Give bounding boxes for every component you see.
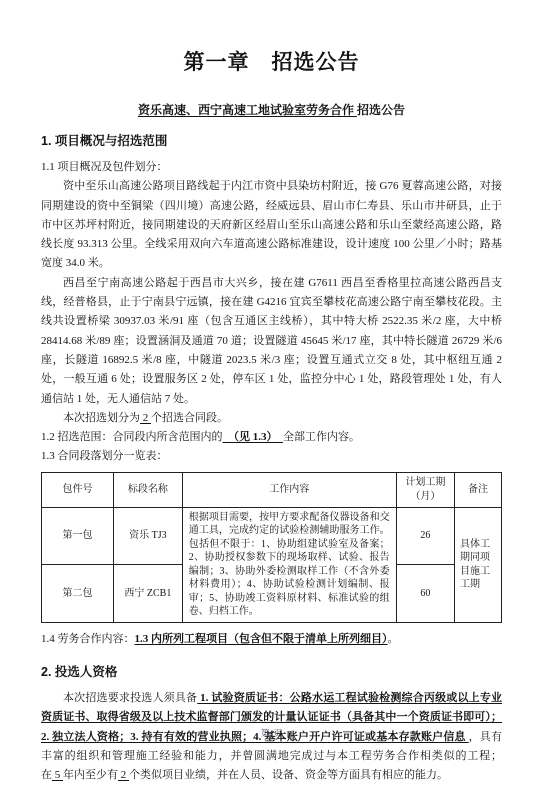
page-number: 第1页 <box>0 727 543 739</box>
clause-1-3-label: 1.3 合同段落划分一览表： <box>41 447 502 466</box>
package-1-section: 资乐 TJ3 <box>113 507 182 565</box>
document-subtitle: 资乐高速、西宁高速工地试验室劳务合作 招选公告 <box>41 101 502 118</box>
document-page: 第一章 招选公告 资乐高速、西宁高速工地试验室劳务合作 招选公告 1. 项目概况… <box>0 0 543 763</box>
qualification-projects-value: 2 <box>118 769 129 781</box>
paragraph-ziyue-overview: 资中至乐山高速公路项目路线起于内江市资中县染坊村附近，接 G76 夏蓉高速公路，… <box>41 177 502 273</box>
clause-1-2-prefix: 1.2 招选范围：合同段内所含范围内的 <box>41 431 223 443</box>
clause-1-4-scope: 1.3 内所列工程项目（包含但不限于清单上所列细目） <box>135 633 388 645</box>
table-row: 第一包 资乐 TJ3 根据项目需要，按甲方要求配备仪器设备和交通工具，完成约定的… <box>42 507 502 565</box>
column-header-work: 工作内容 <box>182 472 396 507</box>
package-2-section: 西宁 ZCB1 <box>113 565 182 623</box>
package-2-duration: 60 <box>396 565 454 623</box>
contract-count-value: 2 <box>140 412 151 424</box>
subtitle-underlined-text: 资乐高速、西宁高速工地试验室劳务合作 <box>138 103 357 117</box>
chapter-title: 第一章 招选公告 <box>41 46 502 76</box>
clause-1-4: 1.4 劳务合作内容：1.3 内所列工程项目（包含但不限于清单上所列细目）。 <box>41 630 502 649</box>
contract-count-suffix: 个招选合同段。 <box>151 412 228 424</box>
package-2-name: 第二包 <box>42 565 114 623</box>
contract-count-prefix: 本次招选划分为 <box>63 412 140 424</box>
remark-cell: 具体工期同项目施工工期 <box>455 507 502 622</box>
clause-1-1-label: 1.1 项目概况及包件划分： <box>41 158 502 177</box>
qualification-prefix: 本次招选要求投选人须具备 <box>63 692 197 704</box>
section-1-heading: 1. 项目概况与招选范围 <box>41 131 502 149</box>
qualification-years-value: 5 <box>52 769 63 781</box>
column-header-remark: 备注 <box>455 472 502 507</box>
clause-1-2-reference: （见 1.3） <box>223 431 284 443</box>
column-header-package: 包件号 <box>42 472 114 507</box>
section-2-heading: 2. 投选人资格 <box>41 662 502 680</box>
clause-1-2: 1.2 招选范围：合同段内所含范围内的 （见 1.3） 全部工作内容。 <box>41 428 502 447</box>
column-header-duration: 计划工期（月） <box>396 472 454 507</box>
clause-1-2-suffix: 全部工作内容。 <box>283 431 360 443</box>
subtitle-rest-text: 招选公告 <box>357 103 405 117</box>
package-1-duration: 26 <box>396 507 454 565</box>
table-header-row: 包件号 标段名称 工作内容 计划工期（月） 备注 <box>42 472 502 507</box>
clause-1-4-prefix: 1.4 劳务合作内容： <box>41 633 135 645</box>
work-content-cell: 根据项目需要，按甲方要求配备仪器设备和交通工具，完成约定的试验检测辅助服务工作。… <box>182 507 396 622</box>
paragraph-xining-overview: 西昌至宁南高速公路起于西昌市大兴乡，接在建 G7611 西昌至香格里拉高速公路西… <box>41 274 502 409</box>
paragraph-contract-section-count: 本次招选划分为 2 个招选合同段。 <box>41 409 502 428</box>
package-1-name: 第一包 <box>42 507 114 565</box>
clause-1-4-suffix: 。 <box>388 633 399 645</box>
contract-sections-table: 包件号 标段名称 工作内容 计划工期（月） 备注 第一包 资乐 TJ3 根据项目… <box>41 472 502 623</box>
column-header-section: 标段名称 <box>113 472 182 507</box>
qualification-mid-2: 年内至少有 <box>63 769 118 781</box>
qualification-suffix: 个类似项目业绩，并在人员、设备、资金等方面具有相应的能力。 <box>129 769 448 781</box>
